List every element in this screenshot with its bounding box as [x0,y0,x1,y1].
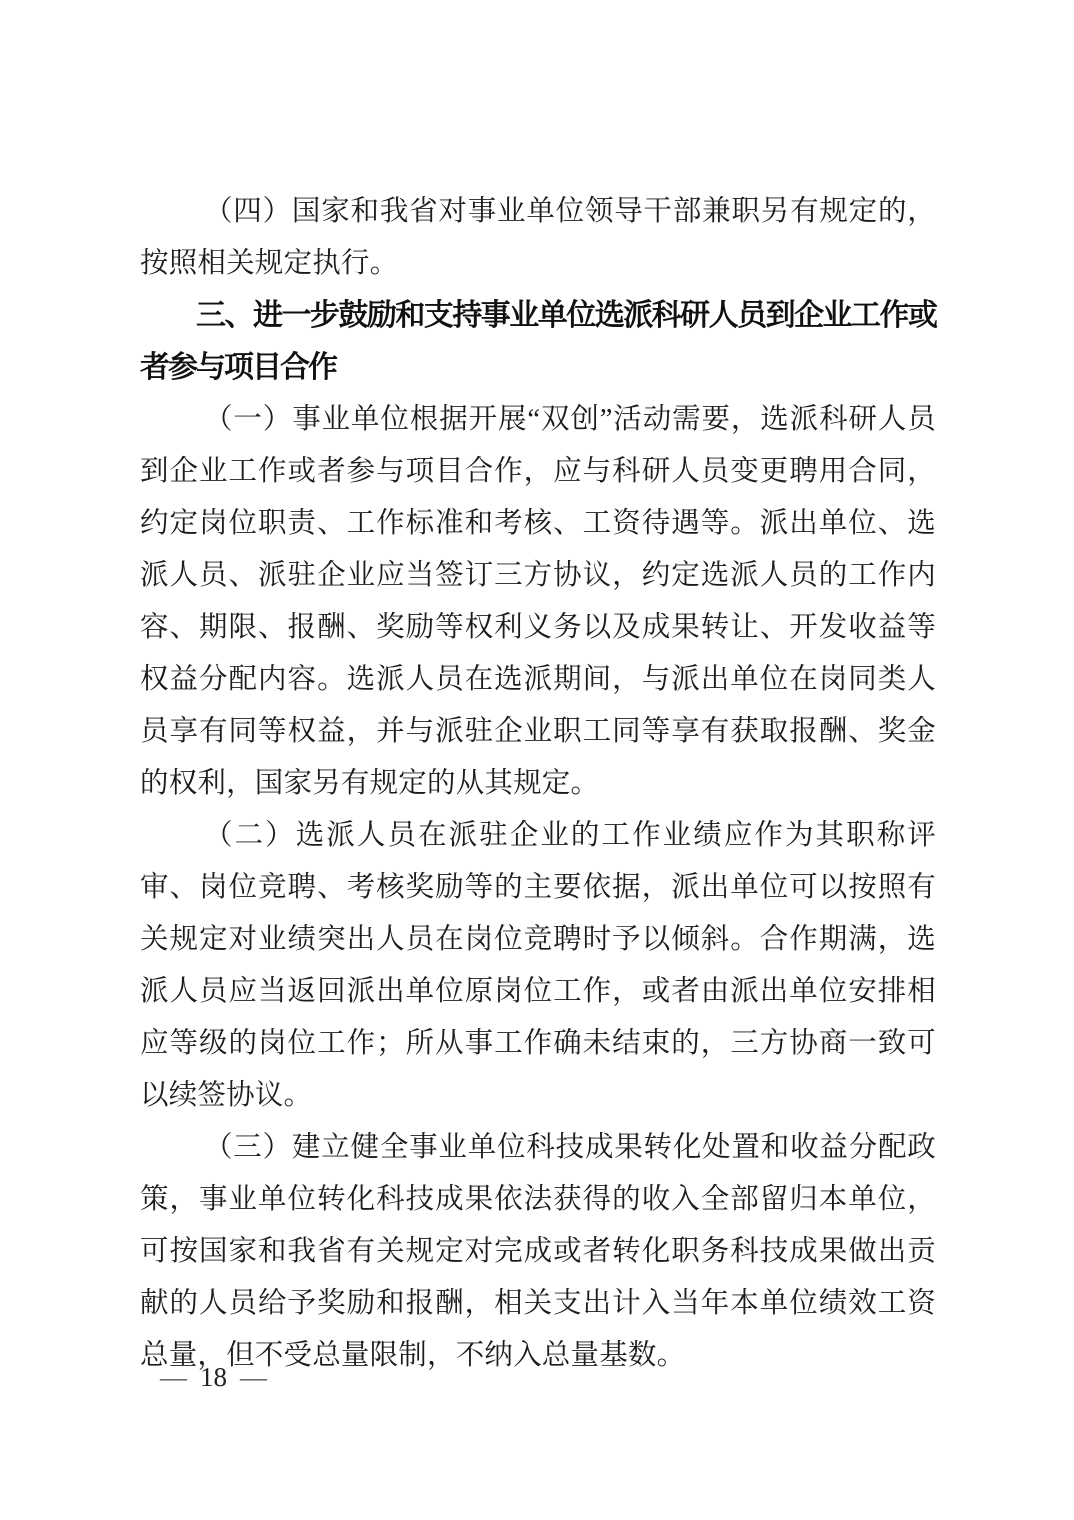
footer-dash-left: — [160,1357,187,1397]
page-number: 18 [200,1357,227,1397]
page-footer: — 18 — [160,1357,267,1397]
document-page: （四）国家和我省对事业单位领导干部兼职另有规定的，按照相关规定执行。 三、进一步… [0,0,1074,1520]
paragraph-item-1-clause: （一）事业单位根据开展“双创”活动需要，选派科研人员到企业工作或者参与项目合作，… [140,394,936,810]
document-body: （四）国家和我省对事业单位领导干部兼职另有规定的，按照相关规定执行。 三、进一步… [140,186,936,1382]
paragraph-item-4-clause: （四）国家和我省对事业单位领导干部兼职另有规定的，按照相关规定执行。 [140,186,936,290]
paragraph-item-2-clause: （二）选派人员在派驻企业的工作业绩应作为其职称评审、岗位竞聘、考核奖励等的主要依… [140,810,936,1122]
footer-dash-right: — [240,1357,267,1397]
paragraph-item-3-clause: （三）建立健全事业单位科技成果转化处置和收益分配政策，事业单位转化科技成果依法获… [140,1122,936,1382]
section-heading-3: 三、进一步鼓励和支持事业单位选派科研人员到企业工作或者参与项目合作 [140,290,936,394]
